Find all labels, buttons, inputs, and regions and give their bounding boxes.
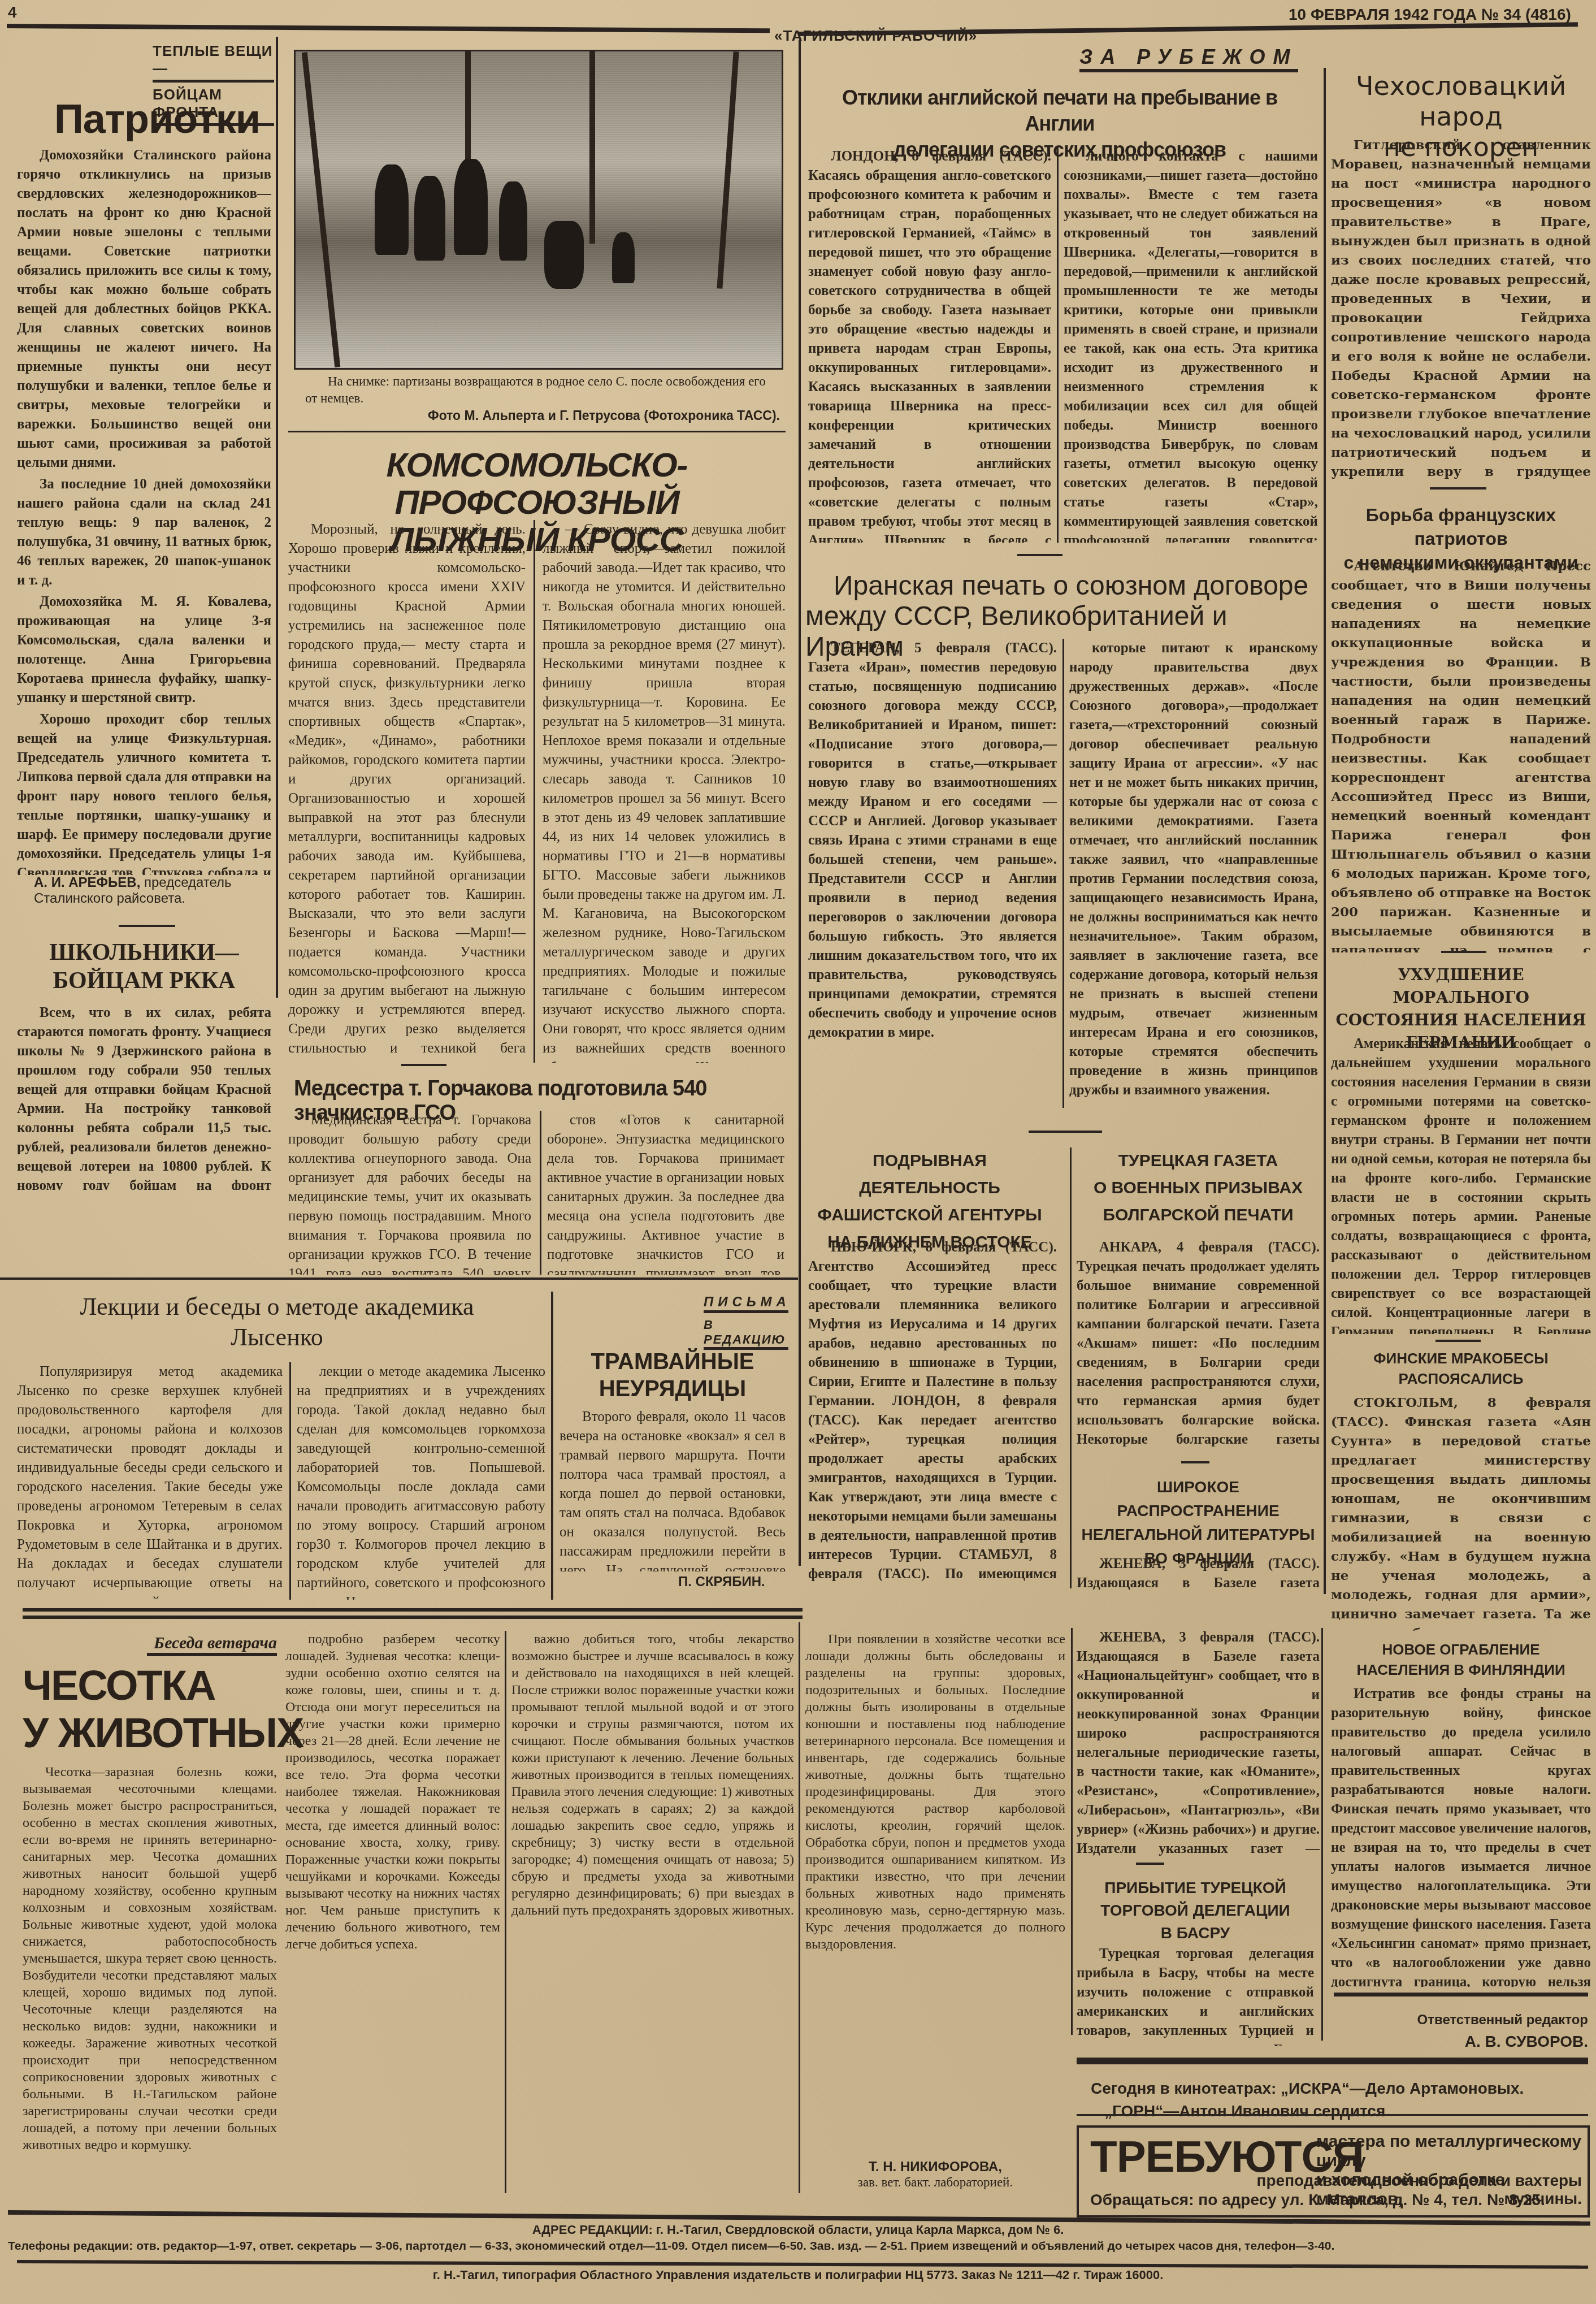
section-rule: [23, 1608, 803, 1612]
separator: [401, 1064, 446, 1066]
paragraph: Домохозяйка М. Я. Ковалева, проживающая …: [17, 592, 271, 708]
article-body-gorchakova-col2: стов «Готов к санитарной обороне». Энтуз…: [547, 1111, 784, 1275]
paragraph: Хорошо проходит сбор теплых вещей на ули…: [17, 710, 271, 875]
separator: [1181, 1461, 1209, 1463]
separator: [1017, 554, 1062, 556]
paragraph: Домохозяйки Сталинского района горячо от…: [17, 146, 271, 473]
photo-partisans: [294, 50, 783, 370]
article-body-lysenko-col1: Популяризируя метод академика Лысенко по…: [17, 1362, 283, 1600]
article-title-basra: ПРИБЫТИЕ ТУРЕЦКОЙ ТОРГОВОЙ ДЕЛЕГАЦИИ В Б…: [1077, 1877, 1314, 1944]
separator: [0, 1277, 798, 1280]
article-body-tram: Второго февраля, около 11 часов вечера н…: [560, 1407, 786, 1571]
page-number: 4: [8, 3, 17, 21]
article-body-czech: Гитлеровский ставленник Моравец, назначе…: [1331, 136, 1591, 480]
rubric-vet: Беседа ветврача: [147, 1634, 277, 1656]
job-ad-address: Обращаться: по адресу ул. К. Маркса, д. …: [1090, 2191, 1582, 2209]
article-body-french: Агентство Юнайтед Пресс сообщает, что в …: [1331, 557, 1591, 952]
job-ad-box: ТРЕБУЮТСЯ мастера по металлургическому ц…: [1077, 2125, 1590, 2218]
article-body-finland-tax: Истратив все фонды страны на разорительн…: [1331, 1684, 1591, 1987]
column-divider: [276, 37, 278, 998]
editorial-phones: Телефоны редакции: отв. редактор—1-97, о…: [8, 2240, 1596, 2253]
section-rule: [23, 1616, 803, 1619]
column-divider: [1071, 1628, 1073, 2035]
article-body-iran-col2: которые питают к иранскому народу правит…: [1069, 639, 1318, 1108]
article-body-turkish-paper: АНКАРА, 4 февраля (ТАСС). Турецкая печат…: [1077, 1238, 1320, 1453]
photo-caption: На снимке: партизаны возвращаются в родн…: [305, 373, 780, 424]
article-body-lysenko-col2: лекции о методе академика Лысенко на пре…: [297, 1362, 545, 1600]
separator: [1430, 487, 1486, 490]
rubric-letters: ПИСЬМА В РЕДАКЦИЮ: [704, 1294, 788, 1350]
paragraph: За последние 10 дней домохозяйки нашего …: [17, 475, 271, 590]
article-body-gorchakova-col1: Медицинская сестра т. Горчакова проводит…: [288, 1111, 531, 1275]
issue-date: 10 ФЕВРАЛЯ 1942 ГОДА № 34 (4816): [1289, 6, 1571, 24]
article-title-lysenko: Лекции и беседы о методе академика Лысен…: [11, 1292, 543, 1353]
column-divider: [1321, 1628, 1323, 2041]
article-body-kross-col2: — Сразу видно, что девушка любит лыжный …: [543, 520, 786, 1063]
separator: [1334, 1993, 1588, 1996]
article-body-finnish: СТОКГОЛЬМ, 8 февраля (ТАСС). Финская газ…: [1331, 1393, 1591, 1631]
article-body-iran-col1: ТЕГЕРАН, 5 февраля (ТАСС). Газета «Иран»…: [808, 639, 1057, 1108]
separator: [1441, 951, 1486, 953]
separator: [1435, 1340, 1481, 1342]
article-body-germany-morale: Американская печать сообщает о дальнейше…: [1331, 1034, 1591, 1334]
column-divider: [551, 1292, 553, 1600]
column-divider: [540, 1111, 541, 1275]
section-title-abroad: ЗА РУБЕЖОМ: [1079, 45, 1298, 72]
separator: [119, 925, 175, 927]
article-title-patriotki: Патриотки: [54, 96, 260, 142]
separator: [288, 431, 786, 432]
article-title-chesotka: ЧЕСОТКА У ЖИВОТНЫХ: [23, 1662, 303, 1757]
article-body-patriotki: Домохозяйки Сталинского района горячо от…: [17, 146, 271, 875]
article-body-subversion: НЬЮ-ЙОРК, 8 февраля (ТАСС). Агентство Ас…: [808, 1238, 1057, 1588]
article-body-chesotka-col2: подробно разберем чесотку лошадей. Зудне…: [285, 1631, 500, 2193]
ad-rule: [1077, 2058, 1588, 2064]
article-body-otkliki-col2: личного контакта с нашими союзниками,—пи…: [1064, 147, 1318, 543]
article-body-shkolniki: Всем, что в их силах, ребята стараются п…: [17, 1003, 271, 1190]
article-title-finnish: ФИНСКИЕ МРАКОБЕСЫ РАСПОЯСАЛИСЬ: [1331, 1348, 1591, 1389]
article-title-turkish-paper: ТУРЕЦКАЯ ГАЗЕТА О ВОЕННЫХ ПРИЗЫВАХ БОЛГА…: [1077, 1147, 1320, 1229]
article-body-leaflets-cont: ЖЕНЕВА, 3 февраля (ТАСС). Издающаяся в Б…: [1077, 1628, 1320, 1860]
column-divider: [1324, 68, 1326, 1594]
column-divider: [799, 1622, 800, 2193]
signature-arefyev: А. И. АРЕФЬЕВ, председатель Сталинского …: [34, 875, 271, 907]
column-divider: [1070, 1147, 1072, 1588]
article-title-shkolniki: ШКОЛЬНИКИ— БОЙЦАМ РККА: [17, 938, 271, 995]
column-divider: [1057, 147, 1059, 543]
article-body-leaflets: ЖЕНЕВА, 3 февраля (ТАСС). Издающаяся в Б…: [1077, 1554, 1320, 1594]
article-title-finland-tax: НОВОЕ ОГРАБЛЕНИЕ НАСЕЛЕНИЯ В ФИНЛЯНДИИ: [1331, 1639, 1591, 1680]
printer-info: г. Н.-Тагил, типография Областного Управ…: [0, 2268, 1596, 2283]
signature-nikiforova: Т. Н. НИКИФОРОВА, зав. вет. бакт. лабора…: [805, 2159, 1065, 2190]
editorial-address: АДРЕС РЕДАКЦИИ: г. Н.-Тагил, Свердловско…: [0, 2223, 1596, 2237]
article-body-basra: Турецкая торговая делегация прибыла в Ба…: [1077, 1944, 1314, 2046]
separator: [1136, 1863, 1164, 1865]
column-divider: [505, 1631, 506, 2193]
article-body-chesotka-col1: Чесотка—заразная болезнь кожи, вызываема…: [23, 1764, 277, 2193]
editor-block: Ответственный редактор А. В. СУВОРОВ.: [1356, 2012, 1588, 2051]
article-body-otkliki-col1: ЛОНДОН, 8 февраля (ТАСС). Касаясь обраще…: [808, 147, 1051, 543]
article-body-chesotka-col4: При появлении в хозяйстве чесотки все ло…: [805, 1631, 1065, 2156]
article-body-chesotka-col3: важно добиться того, чтобы лекарство воз…: [511, 1631, 794, 2193]
article-title-tram: ТРАМВАЙНЫЕ НЕУРЯДИЦЫ: [560, 1348, 786, 1402]
column-divider: [1062, 639, 1064, 1108]
separator: [1029, 1131, 1102, 1133]
cinema-listing: Сегодня в кинотеатрах: „ИСКРА“—Дело Арта…: [1091, 2077, 1582, 2123]
column-divider: [534, 520, 535, 1063]
column-divider: [799, 40, 801, 1566]
column-divider: [289, 1362, 291, 1600]
article-body-kross-col1: Морозный, но солнечный день. Хорошо пров…: [288, 520, 526, 1063]
ad-rule: [1077, 2114, 1588, 2116]
signature-skryabin: П. СКРЯБИН.: [678, 1574, 765, 1590]
